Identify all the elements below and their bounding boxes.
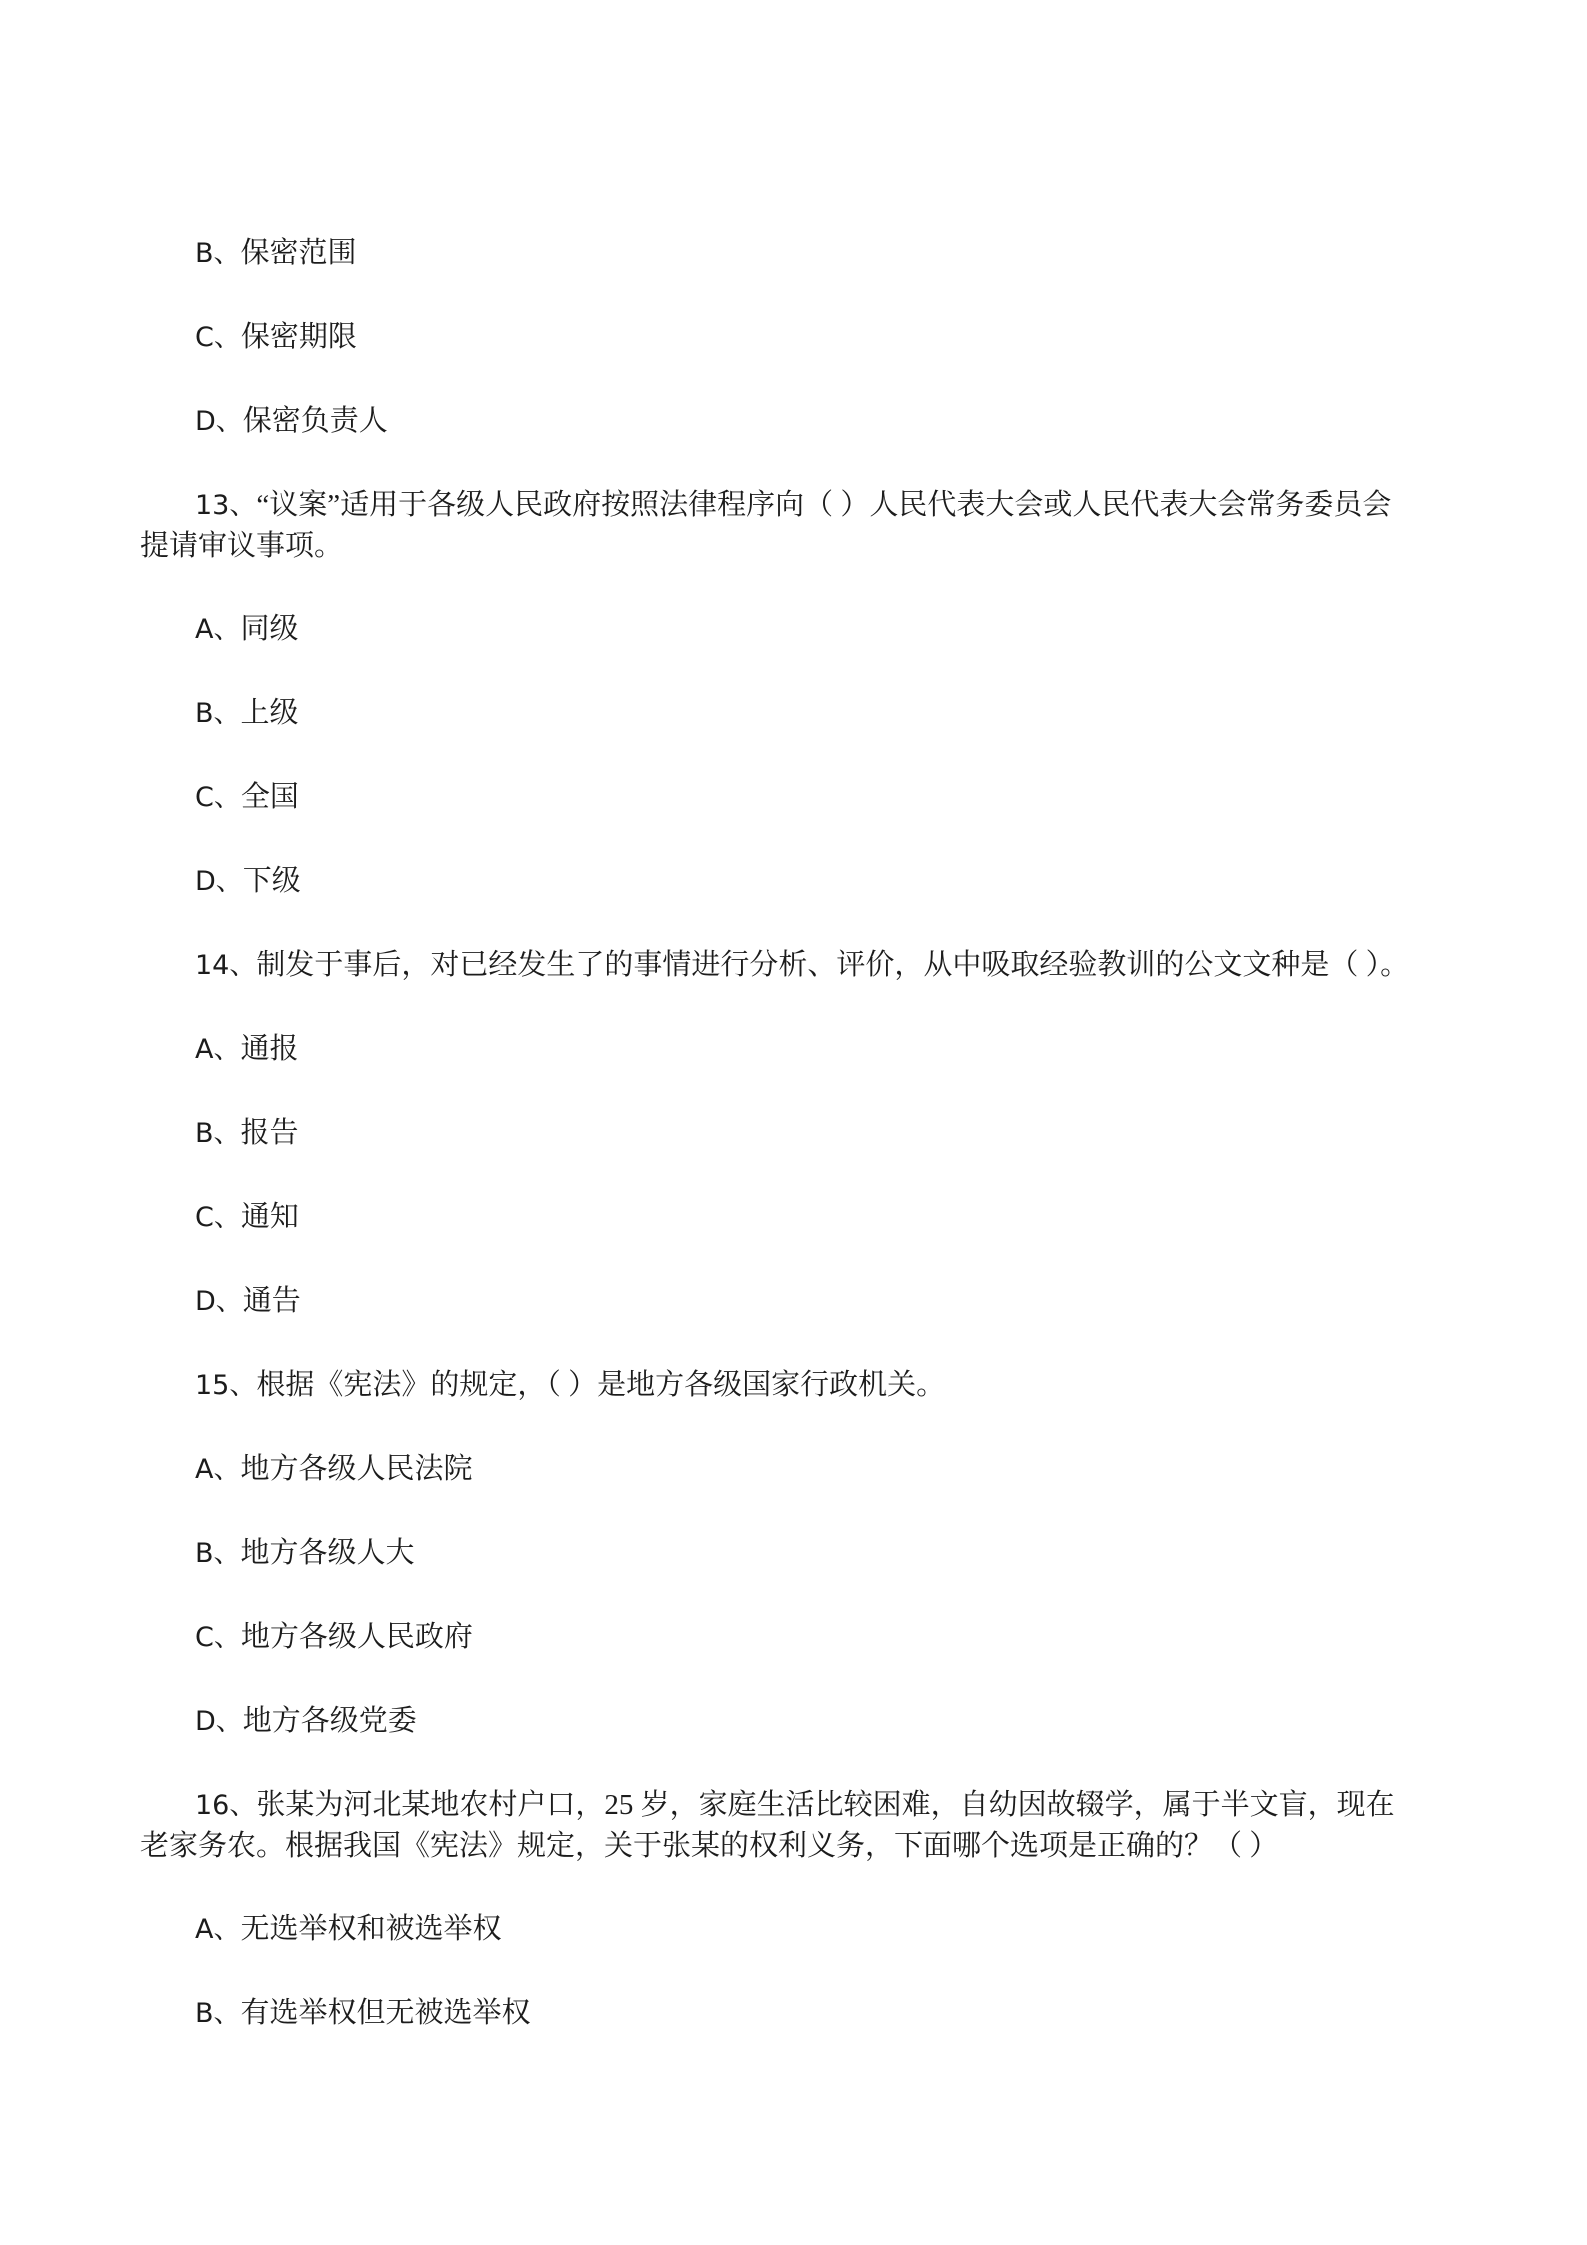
option-text: 保密期限: [241, 321, 357, 353]
option-row: C、保密期限: [140, 317, 1416, 358]
option-text: 地方各级人民政府: [241, 1621, 473, 1653]
option-text: 无选举权和被选举权: [240, 1913, 501, 1945]
document-body: B、保密范围C、保密期限D、保密负责人13、“议案”适用于各级人民政府按照法律程…: [140, 233, 1416, 2034]
question-paragraph: 15、根据《宪法》的规定，（ ）是地方各级国家行政机关。: [140, 1365, 1416, 1406]
option-text: 下级: [243, 865, 301, 897]
option-row: D、保密负责人: [140, 401, 1416, 442]
exam-document-page: B、保密范围C、保密期限D、保密负责人13、“议案”适用于各级人民政府按照法律程…: [0, 0, 1587, 2245]
option-letter: B、: [195, 1538, 241, 1569]
question-paragraph: 14、制发于事后，对已经发生了的事情进行分析、评价，从中吸取经验教训的公文文种是…: [140, 945, 1416, 986]
option-row: B、地方各级人大: [140, 1533, 1416, 1574]
option-row: A、地方各级人民法院: [140, 1449, 1416, 1490]
option-letter: D、: [195, 1286, 243, 1317]
option-letter: B、: [195, 698, 241, 729]
option-text: 地方各级人民法院: [240, 1453, 472, 1485]
question-number: 13、: [195, 490, 256, 521]
option-text: 通报: [240, 1033, 298, 1065]
question-text: 制发于事后，对已经发生了的事情进行分析、评价，从中吸取经验教训的公文文种是（ ）…: [256, 949, 1409, 981]
option-letter: C、: [195, 1622, 241, 1653]
option-row: A、同级: [140, 609, 1416, 650]
option-row: B、有选举权但无被选举权: [140, 1993, 1416, 2034]
option-row: D、通告: [140, 1281, 1416, 1322]
option-letter: A、: [195, 1454, 240, 1485]
option-row: B、保密范围: [140, 233, 1416, 274]
option-letter: B、: [195, 1118, 241, 1149]
option-text: 地方各级人大: [241, 1537, 415, 1569]
option-text: 地方各级党委: [243, 1705, 417, 1737]
question-paragraph: 16、张某为河北某地农村户口，25 岁，家庭生活比较困难，自幼因故辍学，属于半文…: [140, 1785, 1416, 1866]
option-text: 通知: [241, 1201, 299, 1233]
option-row: C、全国: [140, 777, 1416, 818]
question-number: 16、: [195, 1790, 256, 1821]
option-text: 保密范围: [241, 237, 357, 269]
option-letter: C、: [195, 322, 241, 353]
option-letter: A、: [195, 1914, 240, 1945]
option-letter: D、: [195, 406, 243, 437]
option-text: 报告: [241, 1117, 299, 1149]
question-text: 根据《宪法》的规定，（ ）是地方各级国家行政机关。: [256, 1369, 945, 1401]
option-letter: B、: [195, 1998, 241, 2029]
question-paragraph: 13、“议案”适用于各级人民政府按照法律程序向（ ）人民代表大会或人民代表大会常…: [140, 485, 1416, 566]
option-text: 同级: [240, 613, 298, 645]
option-letter: D、: [195, 866, 243, 897]
option-text: 有选举权但无被选举权: [241, 1997, 531, 2029]
option-letter: B、: [195, 238, 241, 269]
option-letter: C、: [195, 782, 241, 813]
option-row: A、通报: [140, 1029, 1416, 1070]
option-row: A、无选举权和被选举权: [140, 1909, 1416, 1950]
option-letter: D、: [195, 1706, 243, 1737]
option-row: B、上级: [140, 693, 1416, 734]
option-letter: A、: [195, 614, 240, 645]
option-text: 全国: [241, 781, 299, 813]
option-letter: A、: [195, 1034, 240, 1065]
option-text: 保密负责人: [243, 405, 388, 437]
option-row: C、地方各级人民政府: [140, 1617, 1416, 1658]
option-row: B、报告: [140, 1113, 1416, 1154]
question-text: “议案”适用于各级人民政府按照法律程序向（ ）人民代表大会或人民代表大会常务委员…: [140, 489, 1391, 562]
option-row: C、通知: [140, 1197, 1416, 1238]
question-number: 14、: [195, 950, 256, 981]
question-number: 15、: [195, 1370, 256, 1401]
option-row: D、下级: [140, 861, 1416, 902]
option-text: 通告: [243, 1285, 301, 1317]
option-text: 上级: [241, 697, 299, 729]
option-letter: C、: [195, 1202, 241, 1233]
question-text: 张某为河北某地农村户口，25 岁，家庭生活比较困难，自幼因故辍学，属于半文盲，现…: [140, 1789, 1395, 1862]
option-row: D、地方各级党委: [140, 1701, 1416, 1742]
